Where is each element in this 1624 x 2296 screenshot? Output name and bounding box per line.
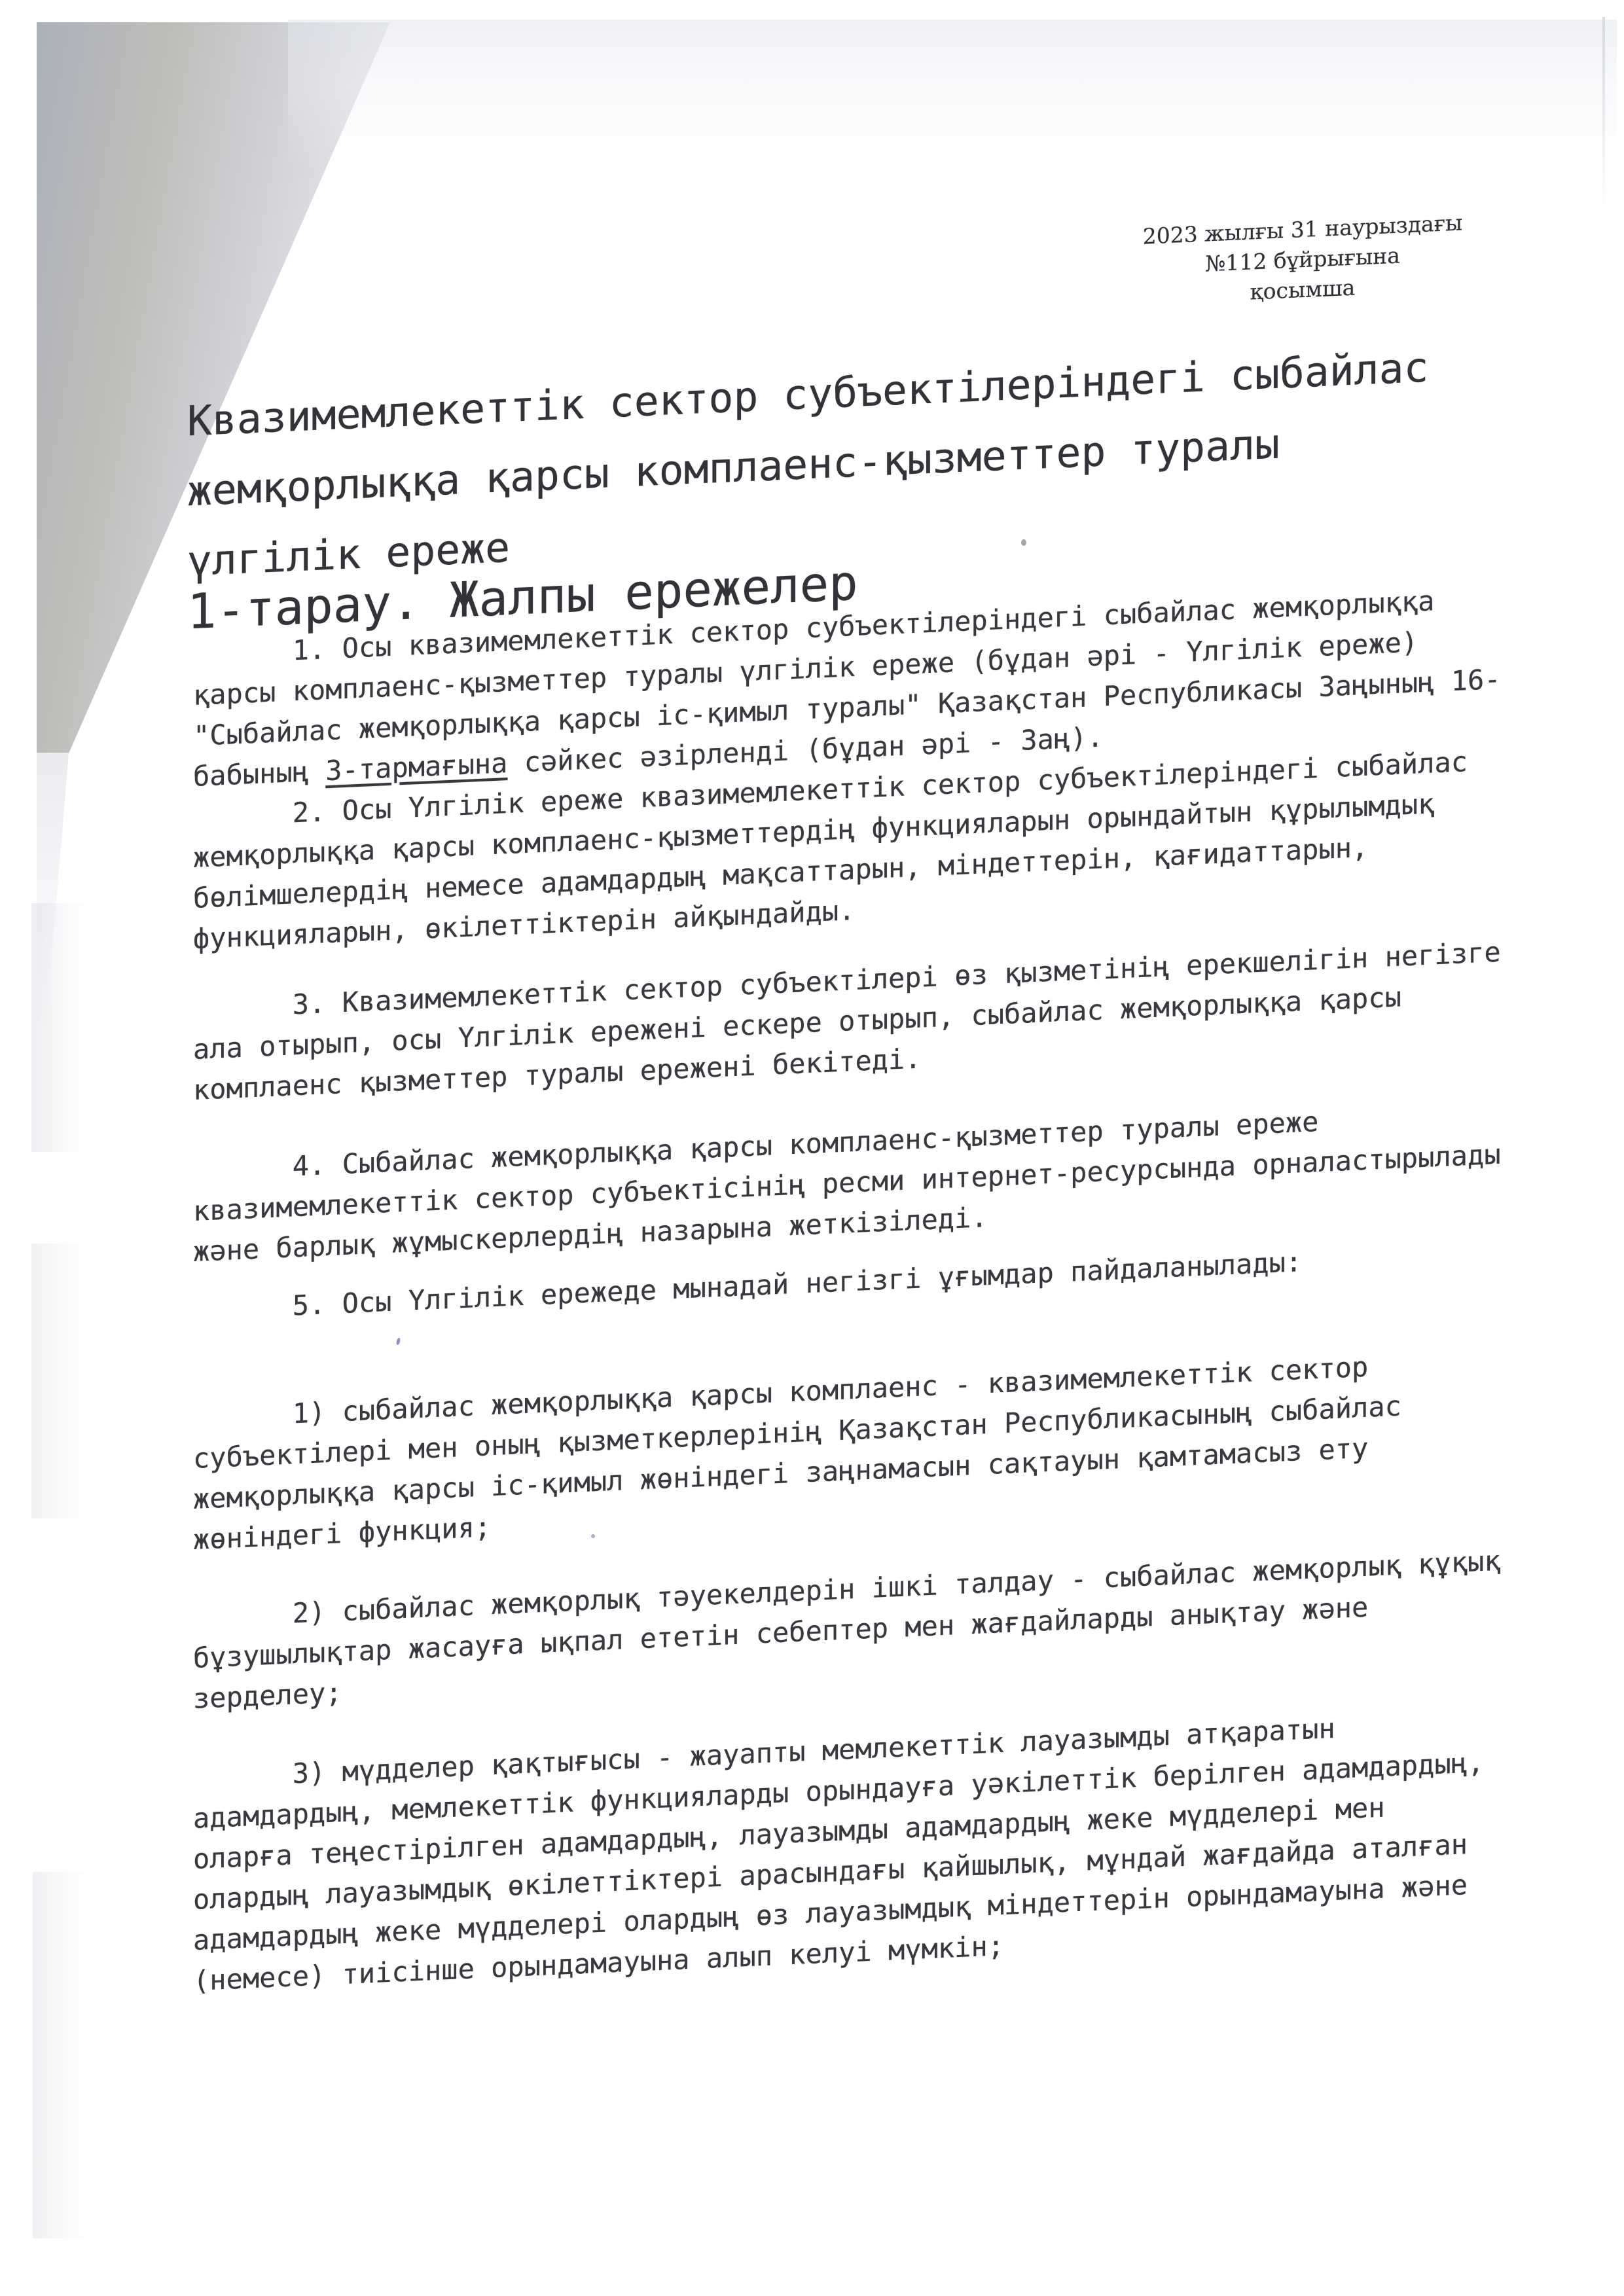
scan-left-smudge bbox=[31, 1244, 90, 1518]
scan-left-smudge bbox=[33, 1872, 92, 2238]
paragraph-4: 4. Сыбайлас жемқорлыққа қарсы комплаенс-… bbox=[193, 1094, 1501, 1272]
document-content: 2023 жылғы 31 наурыздағы №112 бұйрығына … bbox=[164, 0, 1578, 2296]
point-3-reference-link[interactable]: 3-тармағына bbox=[325, 747, 507, 787]
definition-item-2: 2) сыбайлас жемқорлық тәуекелдерін ішкі … bbox=[193, 1541, 1501, 1719]
paragraph-3: 3. Квазимемлекеттік сектор субъектілері … bbox=[193, 932, 1501, 1111]
scan-left-smudge bbox=[31, 903, 90, 1152]
paragraph-1-last-prefix: бабының bbox=[193, 755, 325, 793]
definition-item-1: 1) сыбайлас жемқорлыққа қарсы комплаенс … bbox=[193, 1345, 1401, 1560]
order-annotation: 2023 жылғы 31 наурыздағы №112 бұйрығына … bbox=[1113, 206, 1492, 313]
definition-item-3: 3) мүдделер қақтығысы - жауапты мемлекет… bbox=[193, 1702, 1484, 2001]
scanned-document-page: 2023 жылғы 31 наурыздағы №112 бұйрығына … bbox=[0, 0, 1624, 2296]
scan-right-edge-line bbox=[1602, 17, 1605, 213]
